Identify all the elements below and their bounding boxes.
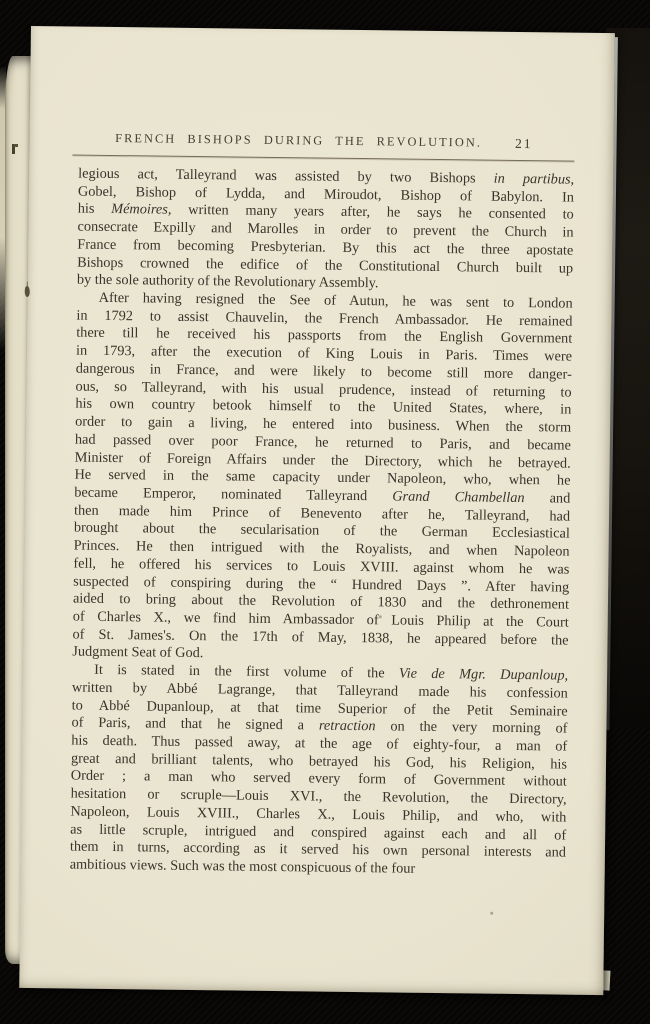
scan-artifact-dot — [490, 912, 493, 915]
text-run: It is stated in the first volume of the — [94, 662, 399, 682]
body-text: legious act, Talleyrand was assisted by … — [70, 166, 575, 881]
text-run: and — [524, 490, 570, 507]
text-run: by the sole authority of the Revolutiona… — [77, 272, 379, 292]
header-title: FRENCH BISHOPS DURING THE REVOLUTION. — [51, 129, 547, 151]
text-run: became Emperor, nominated Talleyrand — [74, 485, 392, 505]
italic-text: Mémoires — [111, 201, 168, 218]
text-run: , — [564, 668, 568, 684]
italic-text: retraction — [319, 718, 376, 735]
scanned-book-photo: FRENCH BISHOPS DURING THE REVOLUTION. 21… — [0, 0, 650, 1024]
header-rule — [72, 155, 574, 162]
text-block: FRENCH BISHOPS DURING THE REVOLUTION. 21… — [70, 130, 575, 881]
text-run: his — [78, 201, 112, 217]
book-page: FRENCH BISHOPS DURING THE REVOLUTION. 21… — [19, 26, 615, 995]
italic-text: in partibus — [494, 171, 571, 188]
italic-text: Vie de Mgr. Dupanloup — [399, 666, 565, 684]
running-header: FRENCH BISHOPS DURING THE REVOLUTION. 21 — [79, 130, 575, 152]
scan-artifact-speck — [25, 286, 30, 297]
scan-artifact-mark — [12, 144, 15, 154]
text-run: on the very morning of — [375, 719, 567, 737]
text-run: , — [570, 172, 574, 188]
italic-text: Grand Chambellan — [392, 488, 524, 506]
page-number: 21 — [515, 136, 533, 152]
text-run: Judgment Seat of God. — [72, 644, 203, 662]
text-run: ambitious views. Such was the most consp… — [70, 857, 416, 877]
text-run: of Paris, and that he signed a — [71, 715, 319, 734]
